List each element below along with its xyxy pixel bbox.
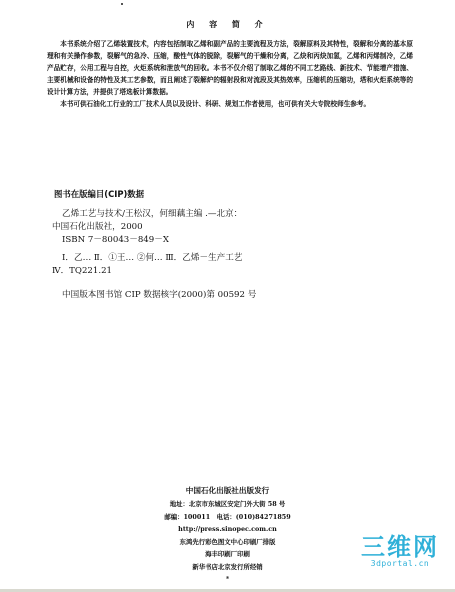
scan-speck — [121, 3, 123, 5]
publisher-name: 中国石化出版社出版发行 — [0, 484, 455, 498]
summary-title: 内 容 简 介 — [0, 19, 455, 30]
summary-body: 本书系统介绍了乙烯装置技术，内容包括制取乙烯和副产品的主要流程及方法，裂解原料及… — [47, 38, 413, 110]
cip-classification: Ⅰ．乙… Ⅱ．①王… ②何… Ⅲ．乙烯－生产工艺 Ⅳ．TQ221.21 — [52, 252, 242, 278]
publisher-address: 地址：北京市东城区安定门外大街 58 号 — [0, 498, 455, 511]
cip-record: 乙烯工艺与技术/王松汉，何细藕主编 .—北京： 中国石化出版社，2000 ISB… — [52, 208, 242, 247]
summary-paragraph-2: 本书可供石油化工行业的工厂技术人员以及设计、科研、规划工作者使用，也可供有关大专… — [47, 98, 413, 110]
book-copyright-page: 内 容 简 介 本书系统介绍了乙烯装置技术，内容包括制取乙烯和副产品的主要流程及… — [0, 0, 455, 592]
cip-publisher-line: 中国石化出版社，2000 — [52, 221, 242, 234]
watermark-logo: 三维网 3dportal.cn — [355, 535, 445, 569]
end-mark: * — [0, 573, 455, 586]
cip-title-line: 乙烯工艺与技术/王松汉，何细藕主编 .—北京： — [52, 208, 242, 221]
cip-heading: 图书在版编目(CIP)数据 — [54, 188, 144, 200]
cip-record-number: 中国版本图书馆 CIP 数据核字(2000)第 00592 号 — [62, 288, 256, 300]
publisher-contact: 邮编：100011 电话：(010)84271859 — [0, 511, 455, 524]
cip-isbn-line: ISBN 7－80043－849－X — [52, 234, 242, 247]
summary-paragraph-1: 本书系统介绍了乙烯装置技术，内容包括制取乙烯和副产品的主要流程及方法，裂解原料及… — [47, 38, 413, 98]
watermark-main-text: 三维网 — [355, 535, 445, 559]
cip-subject-line: Ⅰ．乙… Ⅱ．①王… ②何… Ⅲ．乙烯－生产工艺 — [52, 252, 242, 265]
cip-class-number: Ⅳ．TQ221.21 — [52, 265, 242, 278]
